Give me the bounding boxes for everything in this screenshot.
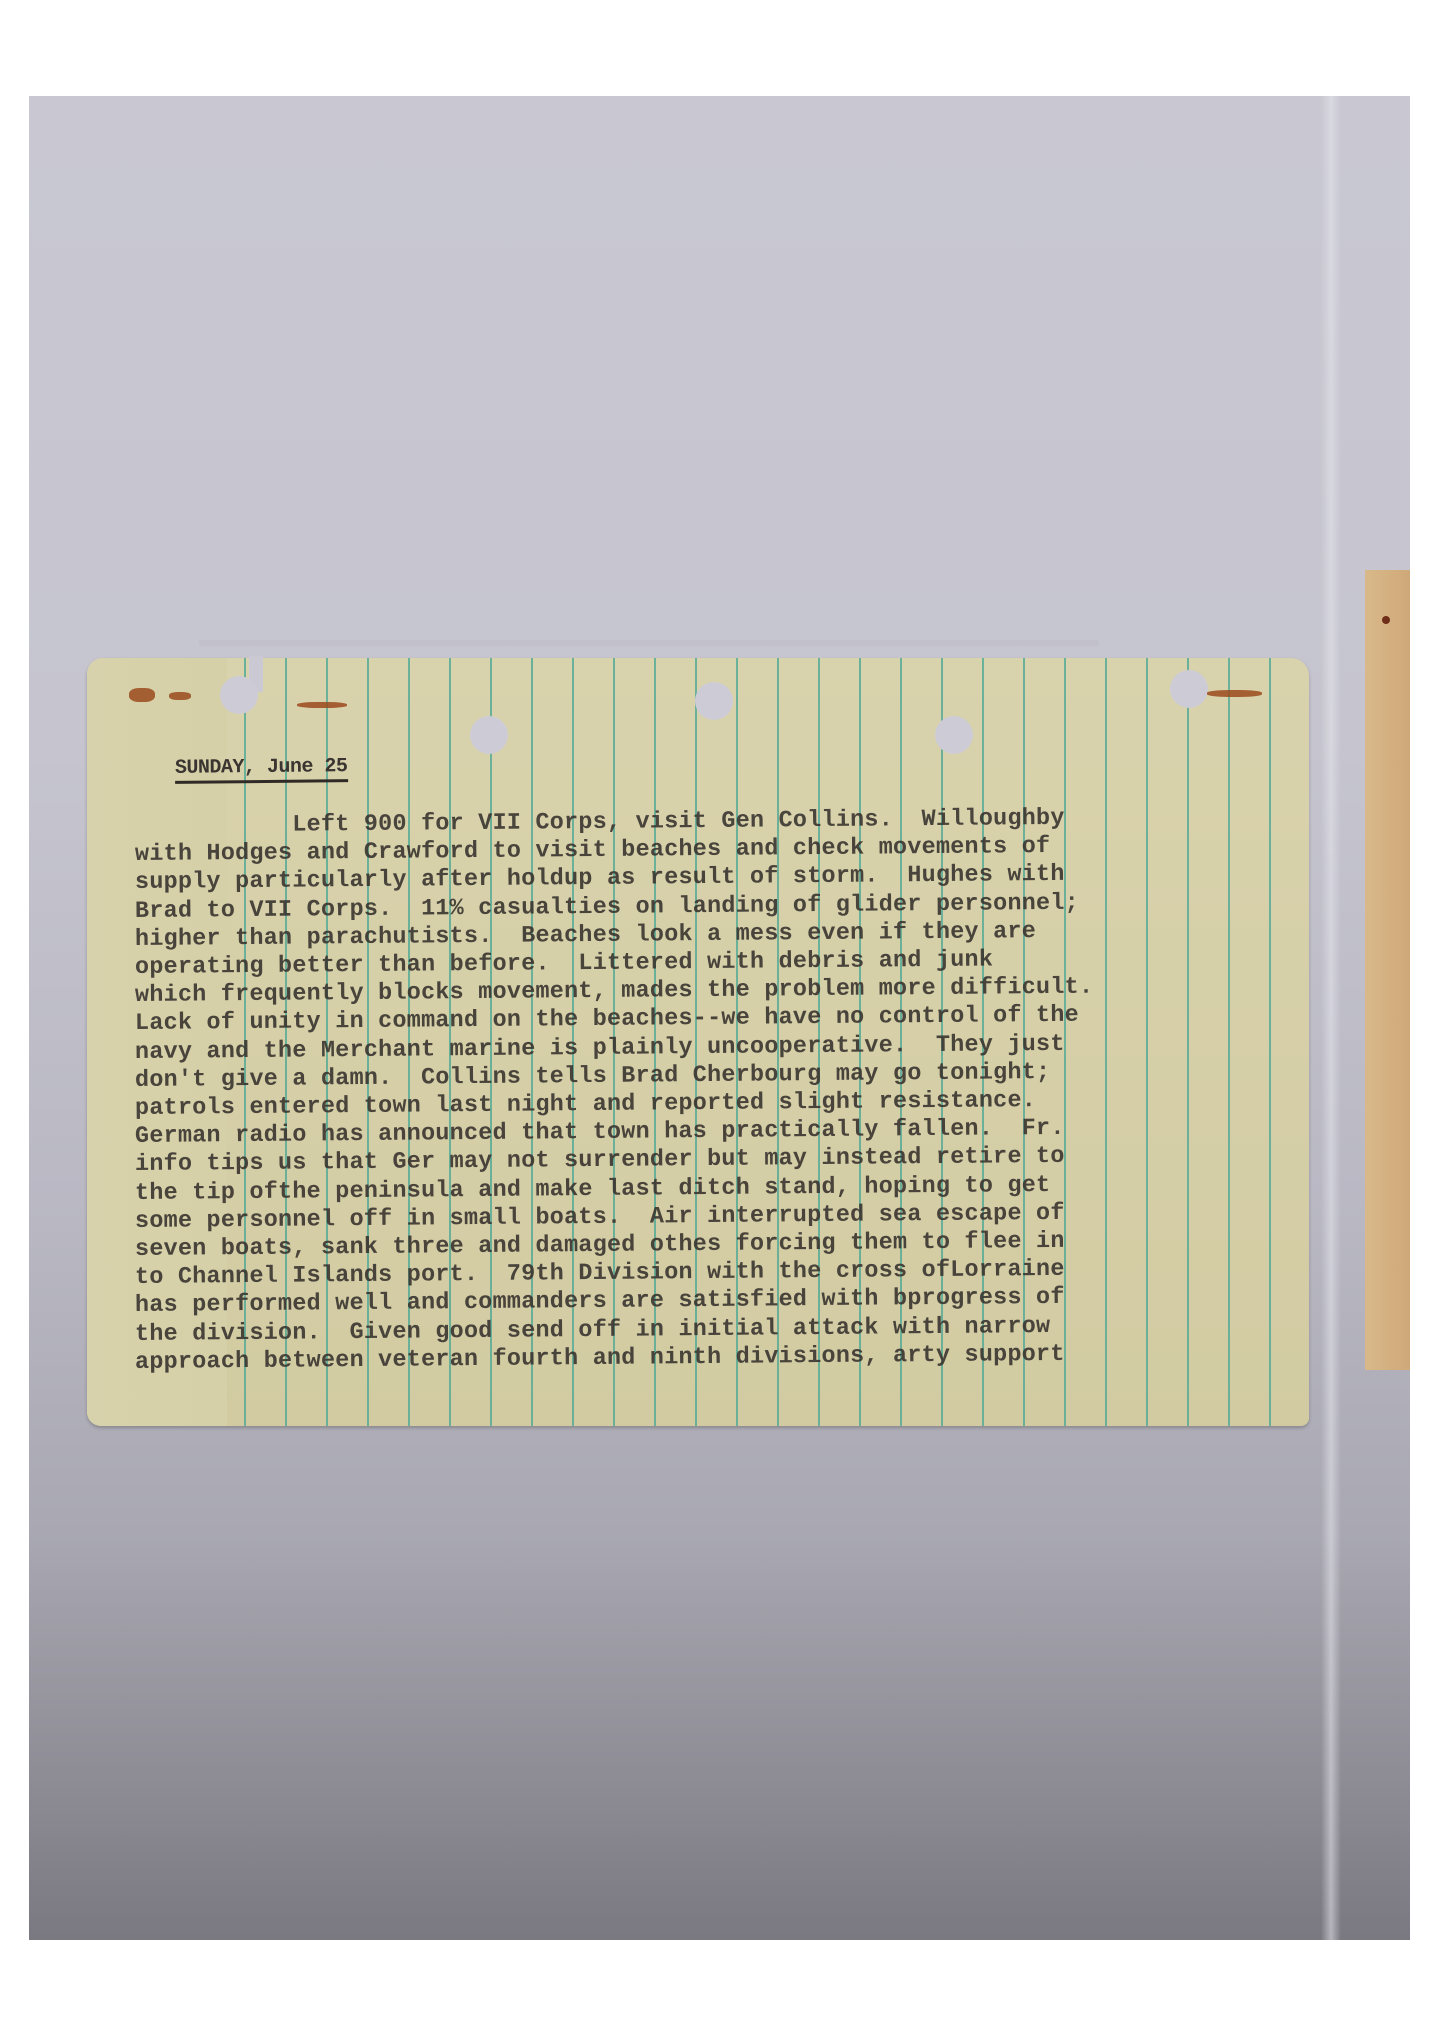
- rust-stain: [297, 702, 347, 708]
- rust-stain: [169, 692, 191, 700]
- punch-hole-icon: [935, 716, 973, 754]
- punch-hole-icon: [695, 682, 733, 720]
- folder-tab: [1365, 570, 1410, 1370]
- index-card: SUNDAY, June 25 Left 900 for VII Corps, …: [87, 658, 1309, 1426]
- punch-hole-icon: [220, 676, 258, 714]
- entry-body: Left 900 for VII Corps, visit Gen Collin…: [135, 813, 1305, 1377]
- punch-hole-icon: [470, 716, 508, 754]
- backing-sheet-edge: [1321, 96, 1341, 1940]
- document-photo: SUNDAY, June 25 Left 900 for VII Corps, …: [29, 96, 1410, 1940]
- rust-stain: [129, 688, 155, 702]
- typed-entry: SUNDAY, June 25 Left 900 for VII Corps, …: [135, 756, 1305, 1377]
- punch-hole-icon: [1170, 670, 1208, 708]
- rust-stain: [1207, 690, 1262, 697]
- entry-date-heading: SUNDAY, June 25: [175, 755, 348, 784]
- folder-stain-dot: [1382, 616, 1390, 624]
